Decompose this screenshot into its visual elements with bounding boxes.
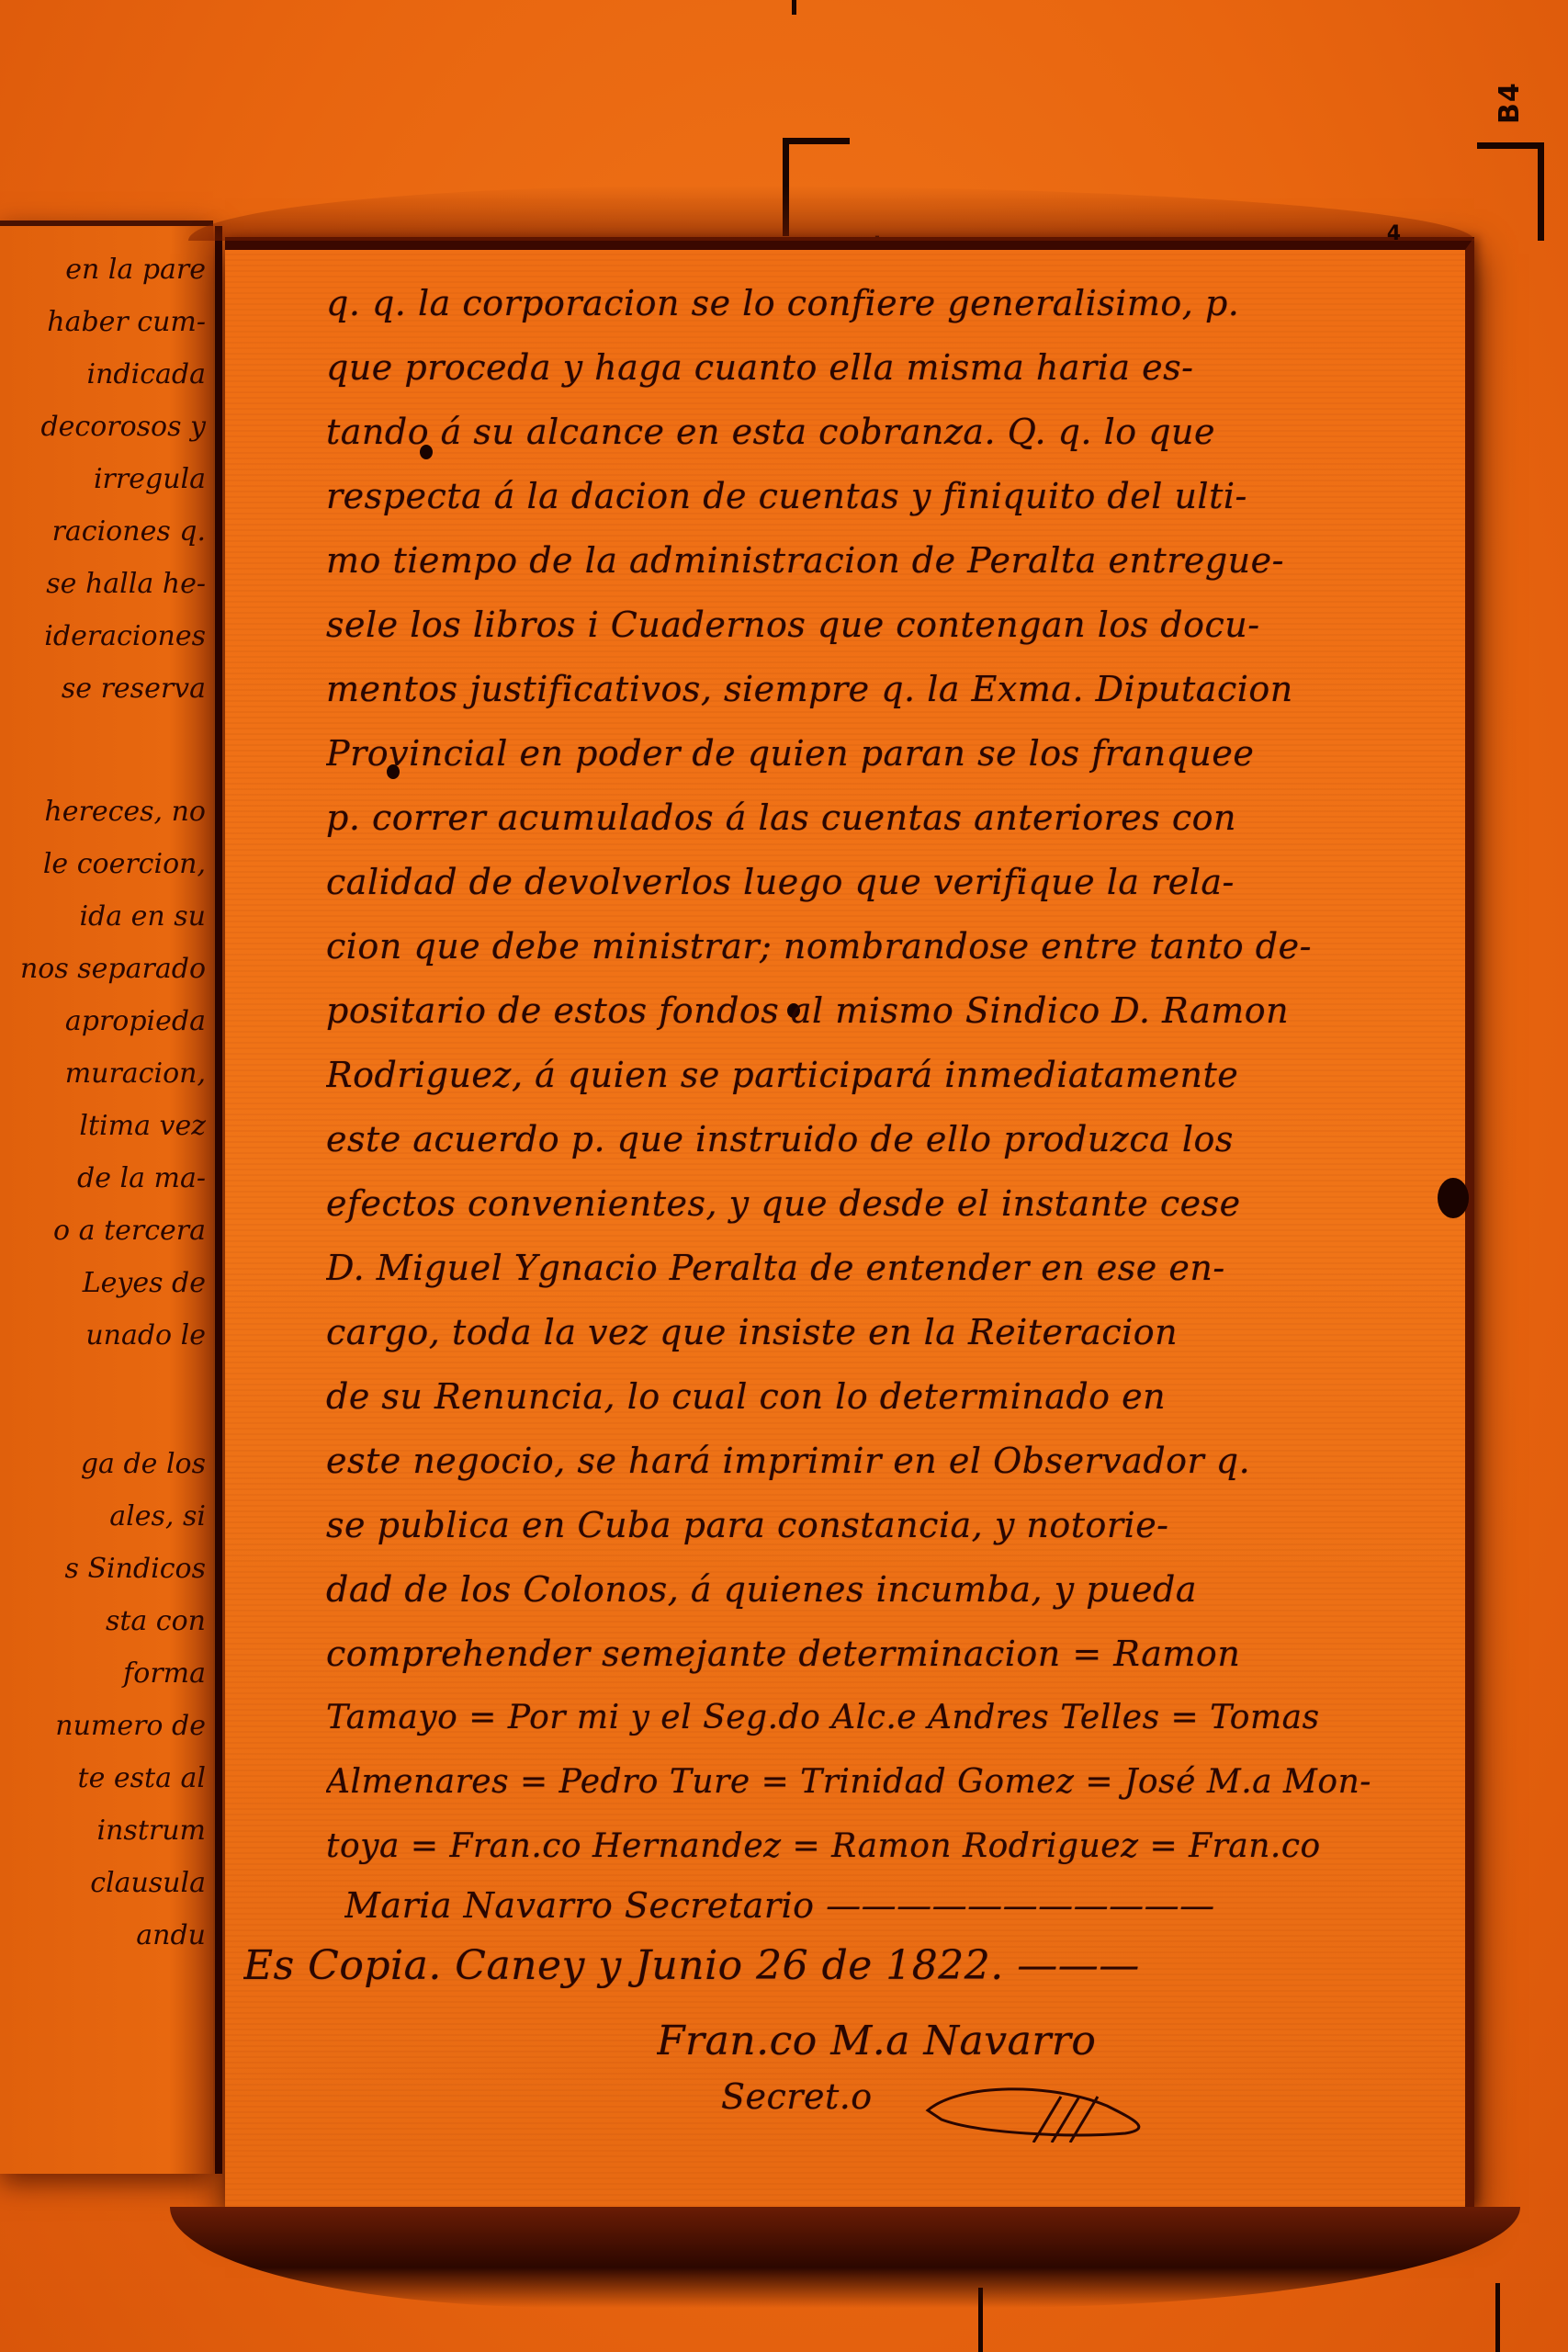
left-page-line: raciones q. [52,515,206,548]
manuscript-line: mo tiempo de la administracion de Peralt… [326,533,1410,588]
page-number: 4 [1387,222,1401,245]
manuscript-line: dad de los Colonos, á quienes incumba, y… [326,1562,1410,1617]
manuscript-line: cargo, toda la vez que insiste en la Rei… [326,1305,1410,1360]
left-page-line: ales, si [109,1500,206,1532]
left-page-line: apropieda [65,1005,206,1037]
left-page-line: de la ma- [77,1162,206,1194]
left-page-line: o a tercera [53,1215,206,1247]
left-page-line: hereces, no [44,796,206,828]
manuscript-line: Tamayo = Por mi y el Seg.do Alc.e Andres… [326,1690,1410,1746]
manuscript-line: cion que debe ministrar; nombrandose ent… [326,919,1410,974]
left-page-line: forma [123,1657,206,1690]
manuscript-line: Provincial en poder de quien paran se lo… [326,726,1410,781]
manuscript-line: toya = Fran.co Hernandez = Ramon Rodrigu… [326,1819,1410,1874]
manuscript-line: Almenares = Pedro Ture = Trinidad Gomez … [326,1755,1410,1810]
left-page-line: se halla he- [46,568,206,600]
manuscript-line: p. correr acumulados á las cuentas anter… [326,790,1410,845]
manuscript-line: este negocio, se hará imprimir en el Obs… [326,1433,1410,1488]
manuscript-line: calidad de devolverlos luego que verifiq… [326,854,1410,910]
manuscript-line: comprehender semejante determinacion = R… [326,1626,1410,1681]
corner-bracket-icon [1477,142,1544,241]
left-page-line: decorosos y [40,411,206,443]
left-page-line: le coercion, [43,848,206,880]
manuscript-line: este acuerdo p. que instruido de ello pr… [326,1112,1410,1167]
left-page-line: muracion, [65,1057,206,1090]
manuscript-line: sele los libros i Cuadernos que contenga… [326,597,1410,652]
left-page-line: te esta al [78,1762,206,1794]
left-page-line: unado le [85,1319,206,1351]
crop-tick-bottom-right [1495,2283,1500,2352]
left-page-line: indicada [87,358,207,390]
crop-tick-top [792,0,796,15]
left-page-line: instrum [97,1815,206,1847]
manuscript-line: positario de estos fondos al mismo Sindi… [326,983,1410,1038]
left-page-line: Leyes de [83,1267,206,1299]
manuscript-line: q. q. la corporacion se lo confiere gene… [326,276,1410,331]
left-page-line: ltima vez [79,1110,206,1142]
manuscript-page: 4 q. q. la corporacion se lo confiere ge… [225,237,1474,2207]
left-page-line: andu [136,1919,206,1951]
left-page-line: ida en su [79,900,206,933]
manuscript-line: tando á su alcance en esta cobranza. Q. … [326,404,1410,459]
marker-label: B4 [1494,82,1526,124]
left-page-line: sta con [106,1605,206,1637]
signature-name: Fran.co M.a Navarro [657,2014,1410,2069]
left-page-line: se reserva [62,673,206,705]
left-page-line: nos separado [20,953,206,985]
left-page-line: ga de los [81,1448,206,1480]
left-page-line: s Sindicos [65,1553,206,1585]
left-page-line: haber cum- [47,306,206,338]
manuscript-line: Maria Navarro Secretario ——————————— [344,1878,1410,1933]
left-page-line: en la pare [65,254,206,286]
manuscript-line: efectos convenientes, y que desde el ins… [326,1176,1410,1231]
manuscript-line: mentos justificativos, siempre q. la Exm… [326,661,1410,717]
manuscript-line: D. Miguel Ygnacio Peralta de entender en… [326,1240,1410,1295]
left-page-line: irregula [94,463,206,495]
left-page-line: ideraciones [44,620,206,652]
manuscript-line: Rodriguez, á quien se participará inmedi… [326,1047,1410,1102]
ink-blot-icon [1438,1178,1469,1218]
manuscript-line: Es Copia. Caney y Junio 26 de 1822. ——— [243,1939,1410,1994]
signature-rubric-icon [923,2078,1162,2143]
manuscript-line: respecta á la dacion de cuentas y finiqu… [326,469,1410,524]
manuscript-line: de su Renuncia, lo cual con lo determina… [326,1369,1410,1424]
left-facing-page: en la pare haber cum- indicada decorosos… [0,220,213,2174]
left-page-line: numero de [55,1710,206,1742]
manuscript-line: que proceda y haga cuanto ella misma har… [326,340,1410,395]
left-page-line: clausula [90,1867,206,1899]
manuscript-line: se publica en Cuba para constancia, y no… [326,1498,1410,1553]
